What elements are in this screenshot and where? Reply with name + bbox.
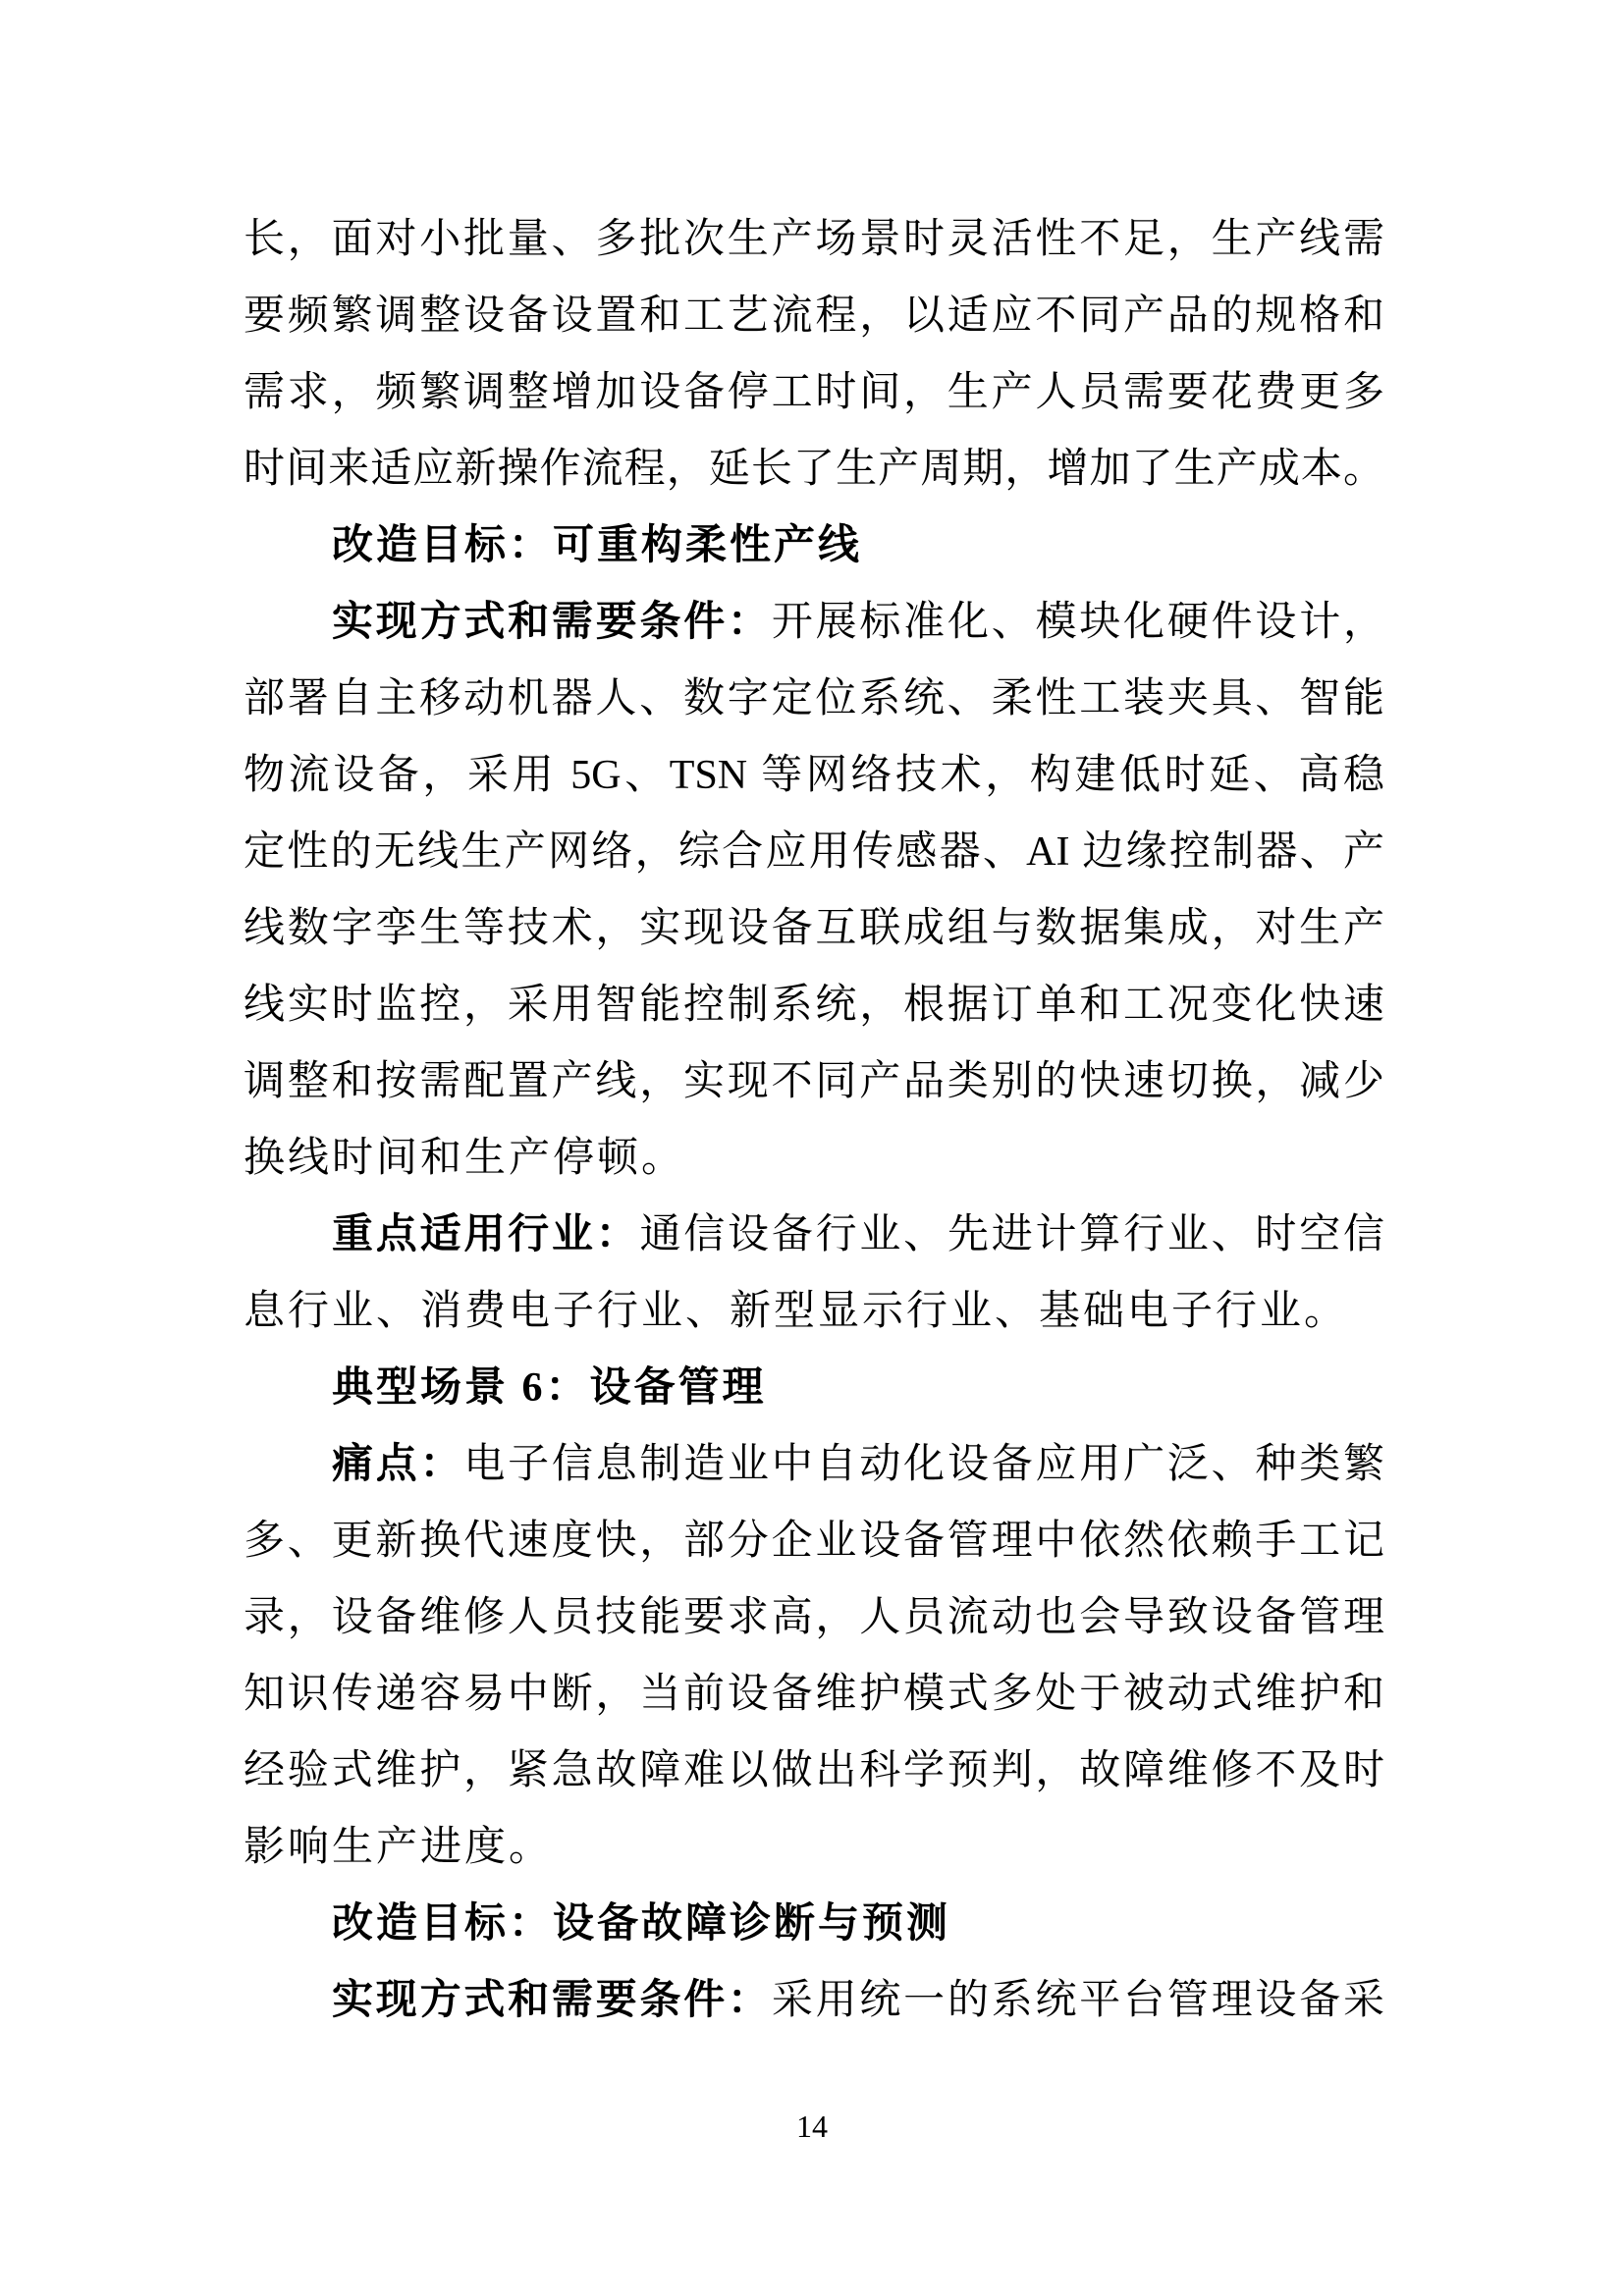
line-text: 改造目标：可重构柔性产线 [332, 523, 862, 568]
body-text-line: 线实时监控，采用智能控制系统，根据订单和工况变化快速 [244, 967, 1384, 1043]
line-text: 部署自主移动机器人、数字定位系统、柔性工装夹具、智能 [244, 676, 1384, 721]
paragraph-end-line: 换线时间和生产停顿。 [244, 1120, 1384, 1197]
body-text-line: 多、更新换代速度快，部分企业设备管理中依然依赖手工记 [244, 1503, 1384, 1579]
line-text: 线实时监控，采用智能控制系统，根据订单和工况变化快速 [244, 983, 1384, 1028]
text-block: 长，面对小批量、多批次生产场景时灵活性不足，生产线需 要频繁调整设备设置和工艺流… [244, 201, 1384, 2039]
line-text: 多、更新换代速度快，部分企业设备管理中依然依赖手工记 [244, 1519, 1384, 1564]
key-industries-lead: 重点适用行业： [332, 1212, 639, 1257]
upgrade-target-heading: 改造目标：可重构柔性产线 [244, 507, 1384, 584]
line-text: 经验式维护，紧急故障难以做出科学预判，故障维修不及时 [244, 1748, 1384, 1793]
line-text: 采用统一的系统平台管理设备采 [772, 1978, 1384, 2023]
line-text: 物流设备，采用 5G、TSN 等网络技术，构建低时延、高稳 [244, 753, 1384, 798]
paragraph-end-line: 息行业、消费电子行业、新型显示行业、基础电子行业。 [244, 1273, 1384, 1350]
body-text-line: 线数字孪生等技术，实现设备互联成组与数据集成，对生产 [244, 890, 1384, 967]
line-text: 换线时间和生产停顿。 [244, 1136, 685, 1181]
line-text: 调整和按需配置产线，实现不同产品类别的快速切换，减少 [244, 1059, 1384, 1104]
line-text: 知识传递容易中断，当前设备维护模式多处于被动式维护和 [244, 1672, 1384, 1717]
key-industries-paragraph-line: 重点适用行业：通信设备行业、先进计算行业、时空信 [244, 1197, 1384, 1273]
implementation-lead: 实现方式和需要条件： [332, 1978, 772, 2023]
page-number: 14 [0, 2107, 1624, 2146]
line-text: 需求，频繁调整增加设备停工时间，生产人员需要花费更多 [244, 370, 1384, 415]
upgrade-target-heading: 改造目标：设备故障诊断与预测 [244, 1886, 1384, 1962]
line-text: 时间来适应新操作流程，延长了生产周期，增加了生产成本。 [244, 447, 1384, 492]
line-text: 定性的无线生产网络，综合应用传感器、AI 边缘控制器、产 [244, 829, 1384, 875]
body-text-line: 需求，频繁调整增加设备停工时间，生产人员需要花费更多 [244, 354, 1384, 431]
implementation-paragraph-line: 实现方式和需要条件：采用统一的系统平台管理设备采 [244, 1962, 1384, 2039]
line-text: 录，设备维修人员技能要求高，人员流动也会导致设备管理 [244, 1595, 1384, 1640]
body-text-line: 时间来适应新操作流程，延长了生产周期，增加了生产成本。 [244, 431, 1384, 507]
body-text-line: 录，设备维修人员技能要求高，人员流动也会导致设备管理 [244, 1579, 1384, 1656]
body-text-line: 长，面对小批量、多批次生产场景时灵活性不足，生产线需 [244, 201, 1384, 278]
document-page: 长，面对小批量、多批次生产场景时灵活性不足，生产线需 要频繁调整设备设置和工艺流… [0, 0, 1624, 2296]
line-text: 通信设备行业、先进计算行业、时空信 [639, 1212, 1384, 1257]
body-text-line: 知识传递容易中断，当前设备维护模式多处于被动式维护和 [244, 1656, 1384, 1733]
implementation-paragraph-line: 实现方式和需要条件：开展标准化、模块化硬件设计， [244, 584, 1384, 661]
line-text: 要频繁调整设备设置和工艺流程，以适应不同产品的规格和 [244, 294, 1384, 339]
line-text: 长，面对小批量、多批次生产场景时灵活性不足，生产线需 [244, 217, 1384, 262]
line-text: 改造目标：设备故障诊断与预测 [332, 1901, 950, 1947]
body-text-line: 定性的无线生产网络，综合应用传感器、AI 边缘控制器、产 [244, 814, 1384, 890]
paragraph-end-line: 影响生产进度。 [244, 1809, 1384, 1886]
implementation-lead: 实现方式和需要条件： [332, 600, 772, 645]
line-text: 电子信息制造业中自动化设备应用广泛、种类繁 [463, 1442, 1384, 1487]
painpoint-paragraph-line: 痛点：电子信息制造业中自动化设备应用广泛、种类繁 [244, 1426, 1384, 1503]
line-text: 开展标准化、模块化硬件设计， [772, 600, 1384, 645]
body-text-line: 经验式维护，紧急故障难以做出科学预判，故障维修不及时 [244, 1733, 1384, 1809]
line-text: 典型场景 6：设备管理 [332, 1365, 767, 1411]
painpoint-lead: 痛点： [332, 1442, 463, 1487]
line-text: 息行业、消费电子行业、新型显示行业、基础电子行业。 [244, 1289, 1348, 1334]
body-text-line: 调整和按需配置产线，实现不同产品类别的快速切换，减少 [244, 1043, 1384, 1120]
body-text-line: 物流设备，采用 5G、TSN 等网络技术，构建低时延、高稳 [244, 737, 1384, 814]
body-text-line: 要频繁调整设备设置和工艺流程，以适应不同产品的规格和 [244, 278, 1384, 354]
scenario-6-heading: 典型场景 6：设备管理 [244, 1350, 1384, 1426]
line-text: 影响生产进度。 [244, 1825, 553, 1870]
body-text-line: 部署自主移动机器人、数字定位系统、柔性工装夹具、智能 [244, 661, 1384, 737]
line-text: 线数字孪生等技术，实现设备互联成组与数据集成，对生产 [244, 906, 1384, 951]
